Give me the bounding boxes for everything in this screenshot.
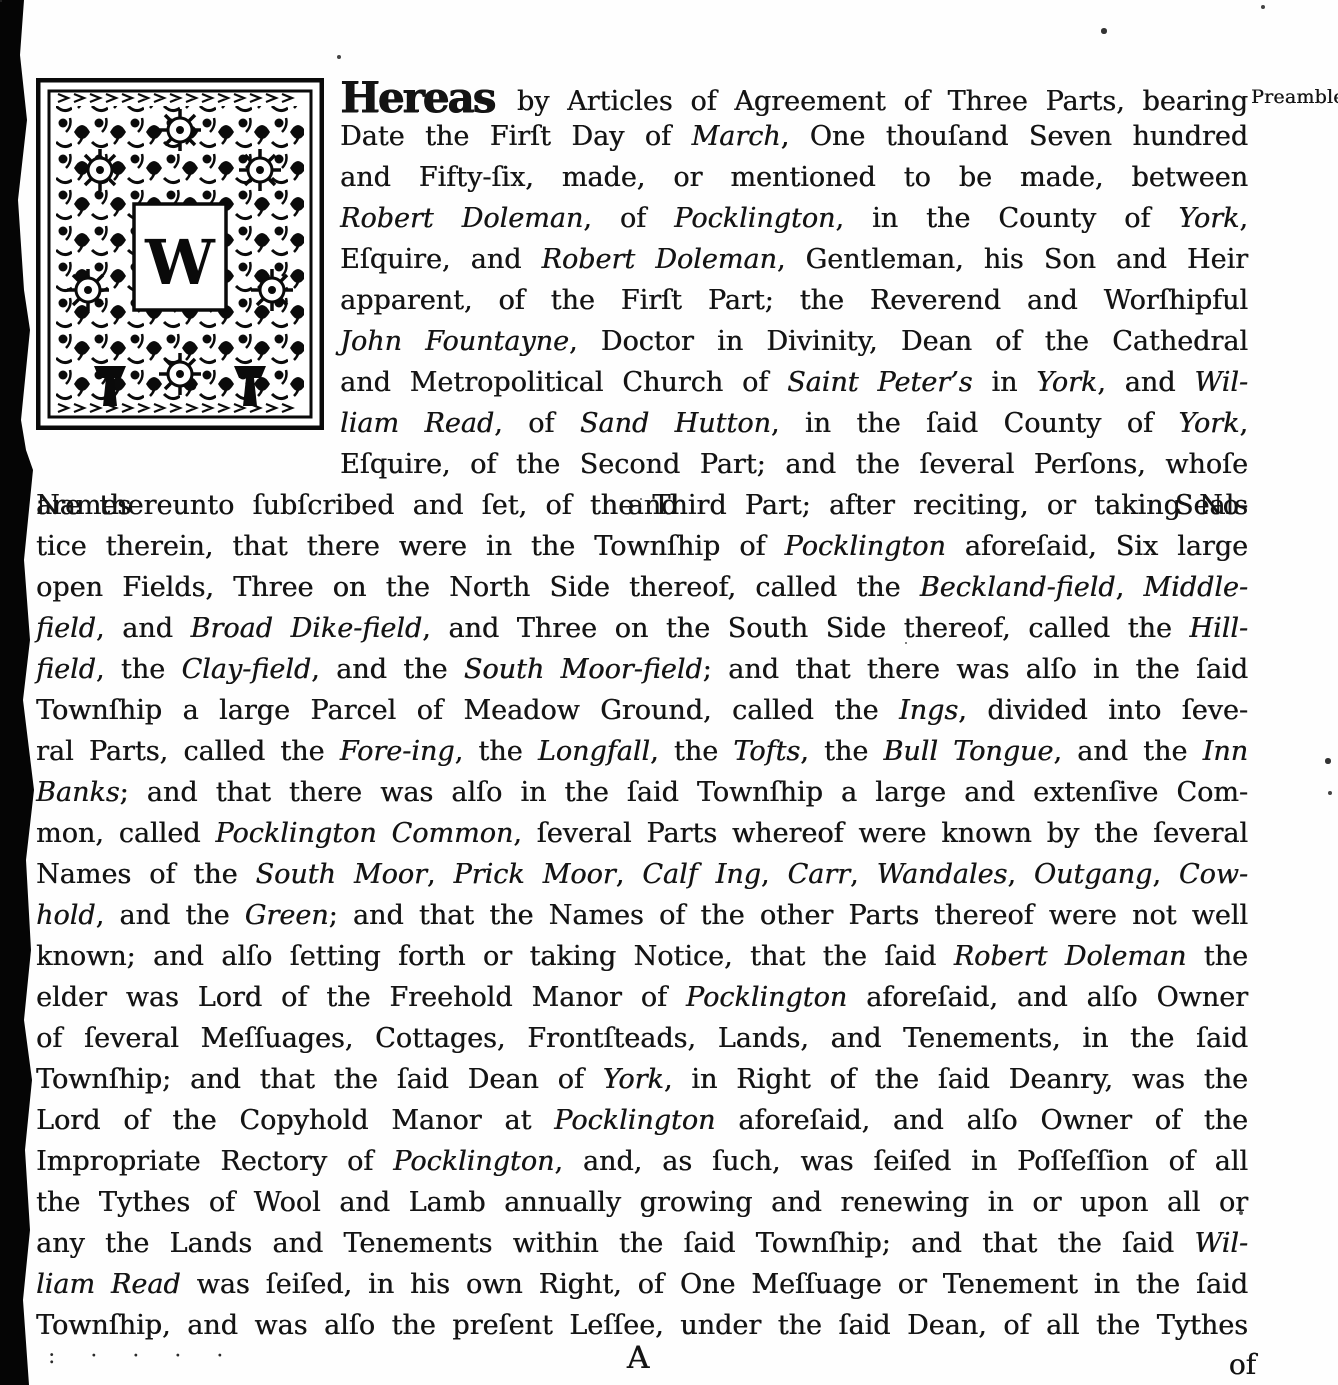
flower-ornament [159, 353, 201, 395]
footer-left-marks: : · · · · [48, 1344, 237, 1369]
flower-ornament [159, 109, 201, 151]
scan-noise-specks [0, 0, 2, 2]
text-line: field, the Clay-field, and the South Moo… [36, 649, 1248, 690]
text-line: Eſquire, of the Second Part; and the ſev… [36, 444, 1248, 485]
flower-ornament [67, 269, 109, 311]
text-line: mon, called Pocklington Common, ſeveral … [36, 813, 1248, 854]
woodcut-letter: W [144, 226, 216, 299]
text-line: known; and alſo ſetting forth or taking … [36, 936, 1248, 977]
text-line: hold, and the Green; and that the Names … [36, 895, 1248, 936]
text-line: elder was Lord of the Freehold Manor of … [36, 977, 1248, 1018]
text-line: the Tythes of Wool and Lamb annually gro… [36, 1182, 1248, 1223]
flower-ornament [251, 269, 293, 311]
footer-catchword: of [1196, 1348, 1256, 1381]
text-line: Names of the South Moor, Prick Moor, Cal… [36, 854, 1248, 895]
text-column: W Hereas by Articles of Agreement of Thr… [36, 75, 1248, 1346]
text-line: Townſhip; and that the ſaid Dean of York… [36, 1059, 1248, 1100]
text-line: Townſhip a large Parcel of Meadow Ground… [36, 690, 1248, 731]
woodcut-initial-W: W [36, 78, 324, 430]
text-line: Impropriate Rectory of Pocklington, and,… [36, 1141, 1248, 1182]
flower-ornament [79, 149, 121, 191]
scan-edge-artifact [0, 0, 36, 1385]
text-line: open Fields, Three on the North Side the… [36, 567, 1248, 608]
text-line: Lord of the Copyhold Manor at Pocklingto… [36, 1100, 1248, 1141]
text-line: any the Lands and Tenements within the ſ… [36, 1223, 1248, 1264]
text-line: liam Read was ſeiſed, in his own Right, … [36, 1264, 1248, 1305]
scanned-document-page: Preamble. [0, 0, 1338, 1385]
text-line: field, and Broad Dike-field, and Three o… [36, 608, 1248, 649]
text-line: of ſeveral Meſſuages, Cottages, Frontſte… [36, 1018, 1248, 1059]
text-line: ral Parts, called the Fore-ing, the Long… [36, 731, 1248, 772]
text-line: are thereunto ſubſcribed and ſet, of the… [36, 485, 1248, 526]
flower-ornament [239, 149, 281, 191]
text-line: Banks; and that there was alſo in the ſa… [36, 772, 1248, 813]
margin-note-preamble: Preamble. [1251, 86, 1337, 108]
text-line: tice therein, that there were in the Tow… [36, 526, 1248, 567]
footer-signature-mark: A [598, 1340, 678, 1376]
